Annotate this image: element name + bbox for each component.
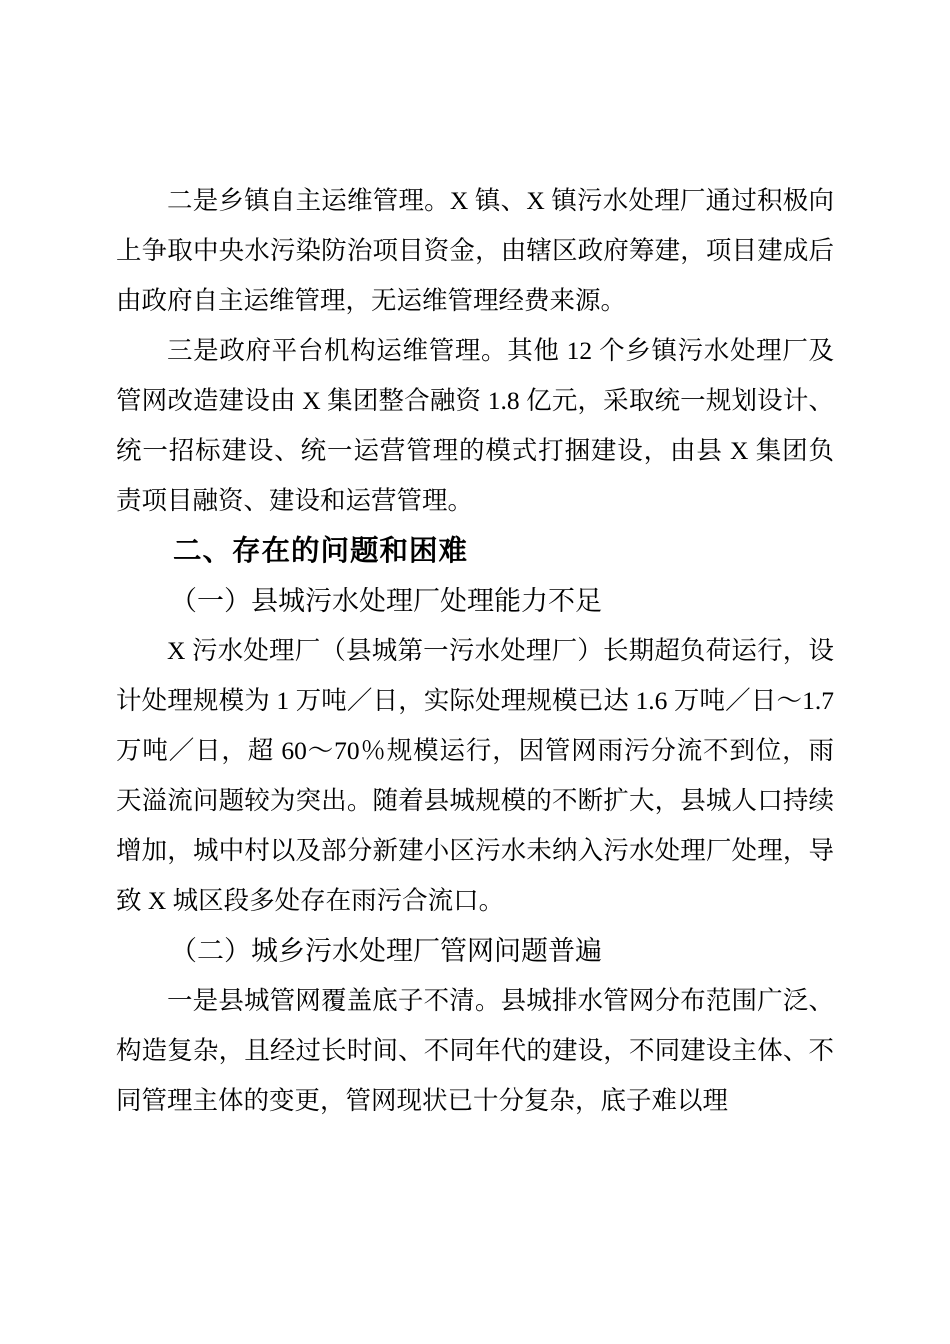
document-page: 二是乡镇自主运维管理。X 镇、X 镇污水处理厂通过积极向上争取中央水污染防治项目… (0, 0, 950, 1344)
document-text-block: 二是乡镇自主运维管理。X 镇、X 镇污水处理厂通过积极向上争取中央水污染防治项目… (116, 176, 834, 1126)
paragraph-pipe-network-coverage-unclear: 一是县城管网覆盖底子不清。县城排水管网分布范围广泛、构造复杂，且经过长时间、不同… (116, 976, 834, 1126)
paragraph-government-platform-operation: 三是政府平台机构运维管理。其他 12 个乡镇污水处理厂及管网改造建设由 X 集团… (116, 326, 834, 526)
subsection-heading-pipe-network-problems: （二）城乡污水处理厂管网问题普遍 (116, 926, 834, 976)
section-heading-problems-and-difficulties: 二、存在的问题和困难 (116, 526, 834, 576)
subsection-heading-county-plant-capacity: （一）县城污水处理厂处理能力不足 (116, 576, 834, 626)
paragraph-township-self-operation: 二是乡镇自主运维管理。X 镇、X 镇污水处理厂通过积极向上争取中央水污染防治项目… (116, 176, 834, 326)
paragraph-plant-overload-details: X 污水处理厂（县城第一污水处理厂）长期超负荷运行，设计处理规模为 1 万吨／日… (116, 626, 834, 926)
